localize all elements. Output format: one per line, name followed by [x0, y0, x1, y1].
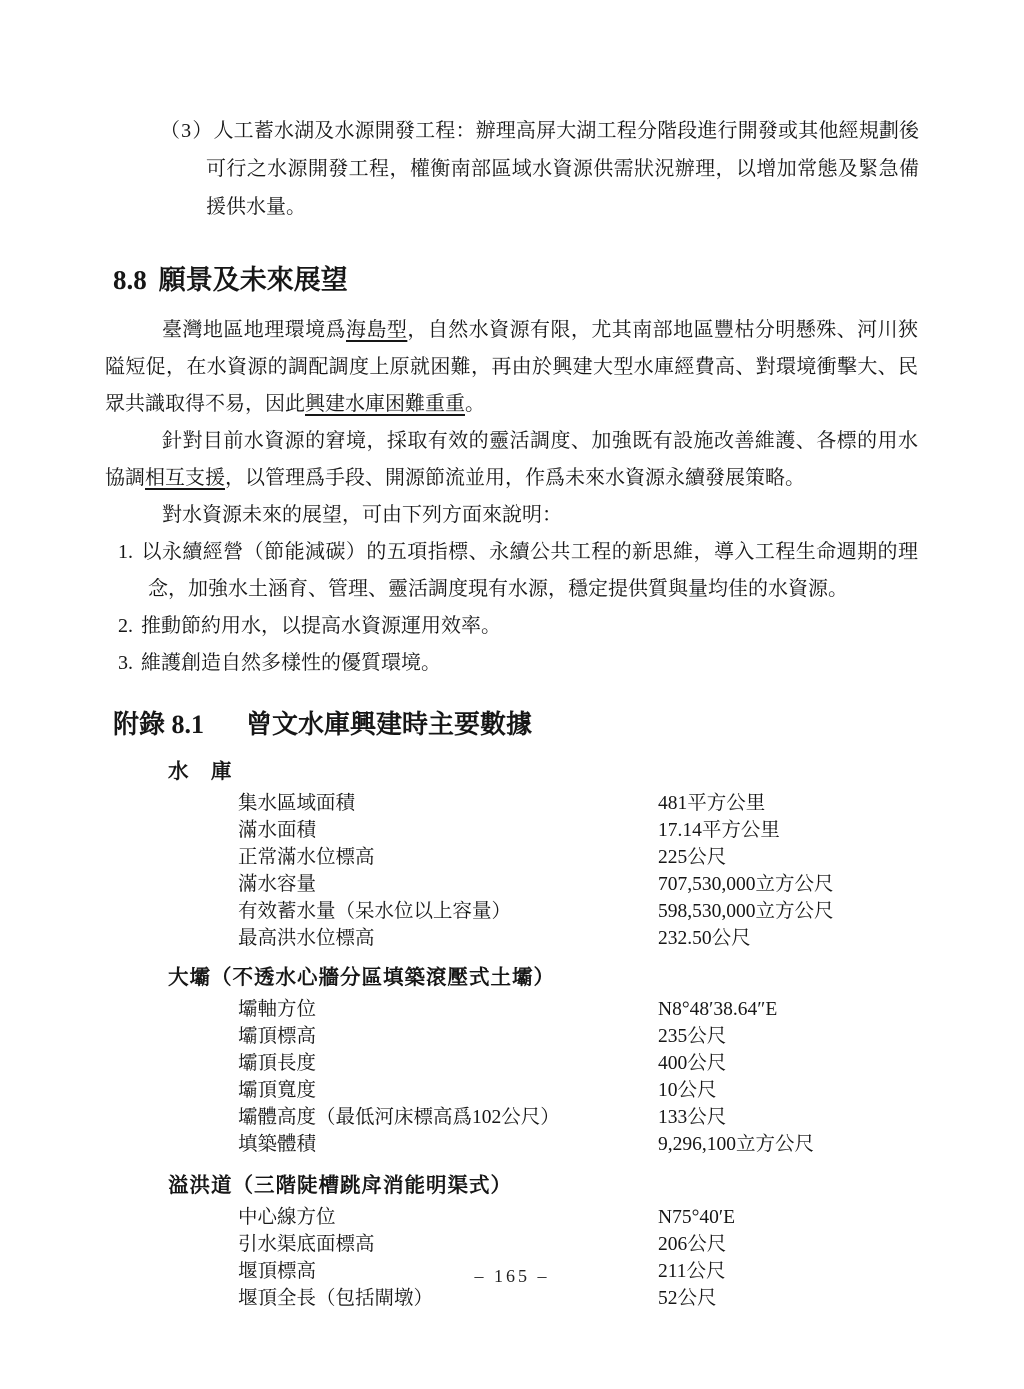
spec-label: 集水區域面積 — [238, 790, 658, 817]
spec-label: 引水渠底面標高 — [238, 1231, 658, 1258]
spec-value: N8°48′38.64″E — [658, 996, 1024, 1023]
spec-label: 有效蓄水量（呆水位以上容量） — [238, 898, 658, 925]
group-title-spillway: 溢洪道（三階陡槽跳戽消能明渠式） — [168, 1172, 1024, 1200]
spec-label: 中心線方位 — [238, 1204, 658, 1231]
spec-row: 壩軸方位N8°48′38.64″E — [168, 996, 1024, 1023]
appendix-title: 曾文水庫興建時主要數據 — [246, 710, 532, 739]
paragraph-1: 臺灣地區地理環境爲海島型，自然水資源有限，尤其南部地區豐枯分明懸殊、河川狹隘短促… — [105, 312, 918, 423]
spec-label: 壩頂標高 — [238, 1023, 658, 1050]
spec-row: 滿水容量707,530,000立方公尺 — [168, 871, 1024, 898]
spec-row: 壩頂寬度10公尺 — [168, 1077, 1024, 1104]
list-item-text: 推動節約用水，以提高水資源運用效率。 — [141, 615, 501, 637]
spec-value: 481平方公里 — [658, 790, 1024, 817]
paragraph-3: 對水資源未來的展望，可由下列方面來說明： — [105, 497, 918, 534]
spec-rows: 集水區域面積481平方公里 滿水面積17.14平方公里 正常滿水位標高225公尺… — [168, 790, 1024, 952]
spec-label: 壩頂寬度 — [238, 1077, 658, 1104]
spec-row: 中心線方位N75°40′E — [168, 1204, 1024, 1231]
item-marker: （3） — [160, 120, 214, 142]
list-item-3-paragraph: （3）人工蓄水湖及水源開發工程：辦理高屏大湖工程分階段進行開發或其他經規劃後可行… — [160, 112, 919, 226]
spec-value: 707,530,000立方公尺 — [658, 871, 1024, 898]
spec-value: 235公尺 — [658, 1023, 1024, 1050]
spec-group-spillway: 溢洪道（三階陡槽跳戽消能明渠式） 中心線方位N75°40′E 引水渠底面標高20… — [168, 1172, 1024, 1312]
spec-label: 正常滿水位標高 — [238, 844, 658, 871]
spec-label: 填築體積 — [238, 1131, 658, 1158]
spec-row: 正常滿水位標高225公尺 — [168, 844, 1024, 871]
paragraph-2: 針對目前水資源的窘境，採取有效的靈活調度、加強既有設施改善維護、各標的用水協調相… — [105, 423, 918, 497]
spec-value: 17.14平方公里 — [658, 817, 1024, 844]
section-heading: 8.8願景及未來展望 — [113, 262, 1024, 298]
appendix-heading: 附錄 8.1曾文水庫興建時主要數據 — [113, 708, 1024, 742]
spec-value: 133公尺 — [658, 1104, 1024, 1131]
list-item-text: 以永續經營（節能減碳）的五項指標、永續公共工程的新思維，導入工程生命週期的理念，… — [141, 541, 918, 600]
spec-row: 壩體高度（最低河床標高爲102公尺）133公尺 — [168, 1104, 1024, 1131]
spec-value: 598,530,000立方公尺 — [658, 898, 1024, 925]
spec-row: 填築體積9,296,100立方公尺 — [168, 1131, 1024, 1158]
spec-label: 堰頂全長（包括閘墩） — [238, 1285, 658, 1312]
spec-label: 壩體高度（最低河床標高爲102公尺） — [238, 1104, 658, 1131]
numbered-list: 1.以永續經營（節能減碳）的五項指標、永續公共工程的新思維，導入工程生命週期的理… — [0, 534, 1024, 682]
group-title-reservoir: 水 庫 — [168, 758, 1024, 786]
spec-group-reservoir: 水 庫 集水區域面積481平方公里 滿水面積17.14平方公里 正常滿水位標高2… — [168, 758, 1024, 952]
spec-label: 最高洪水位標高 — [238, 925, 658, 952]
spec-value: 232.50公尺 — [658, 925, 1024, 952]
spec-label: 滿水容量 — [238, 871, 658, 898]
appendix-label: 附錄 8.1 — [113, 710, 204, 739]
spec-value: 225公尺 — [658, 844, 1024, 871]
underlined-phrase: 相互支援 — [145, 467, 225, 489]
list-item: 2.推動節約用水，以提高水資源運用效率。 — [118, 608, 918, 645]
paragraph-text: ，以管理爲手段、開源節流並用，作爲未來水資源永續發展策略。 — [225, 467, 805, 489]
spec-row: 集水區域面積481平方公里 — [168, 790, 1024, 817]
section-title: 願景及未來展望 — [159, 265, 348, 295]
spec-row: 壩頂標高235公尺 — [168, 1023, 1024, 1050]
spec-value: N75°40′E — [658, 1204, 1024, 1231]
group-title-dam: 大壩（不透水心牆分區填築滾壓式土壩） — [168, 964, 1024, 992]
spec-group-dam: 大壩（不透水心牆分區填築滾壓式土壩） 壩軸方位N8°48′38.64″E 壩頂標… — [168, 964, 1024, 1158]
underlined-phrase: 海島型 — [346, 319, 407, 341]
spec-row: 有效蓄水量（呆水位以上容量）598,530,000立方公尺 — [168, 898, 1024, 925]
spec-label: 壩軸方位 — [238, 996, 658, 1023]
spec-row: 滿水面積17.14平方公里 — [168, 817, 1024, 844]
spec-row: 引水渠底面標高206公尺 — [168, 1231, 1024, 1258]
section-number: 8.8 — [113, 265, 147, 295]
paragraph-text: 臺灣地區地理環境爲 — [162, 319, 346, 341]
document-page: （3）人工蓄水湖及水源開發工程：辦理高屏大湖工程分階段進行開發或其他經規劃後可行… — [0, 0, 1024, 1389]
item-text: 人工蓄水湖及水源開發工程：辦理高屏大湖工程分階段進行開發或其他經規劃後可行之水源… — [206, 120, 919, 218]
spec-rows: 中心線方位N75°40′E 引水渠底面標高206公尺 堰頂標高211公尺 堰頂全… — [168, 1204, 1024, 1312]
page-number: – 165 – — [0, 1266, 1024, 1287]
spec-value: 10公尺 — [658, 1077, 1024, 1104]
spec-rows: 壩軸方位N8°48′38.64″E 壩頂標高235公尺 壩頂長度400公尺 壩頂… — [168, 996, 1024, 1158]
spec-row: 堰頂全長（包括閘墩）52公尺 — [168, 1285, 1024, 1312]
list-item-number: 1. — [118, 541, 133, 563]
list-item-number: 3. — [118, 652, 133, 674]
spec-label: 滿水面積 — [238, 817, 658, 844]
spec-value: 206公尺 — [658, 1231, 1024, 1258]
spec-label: 壩頂長度 — [238, 1050, 658, 1077]
paragraph-text: 。 — [465, 393, 485, 415]
list-item-number: 2. — [118, 615, 133, 637]
spec-row: 壩頂長度400公尺 — [168, 1050, 1024, 1077]
list-item: 1.以永續經營（節能減碳）的五項指標、永續公共工程的新思維，導入工程生命週期的理… — [118, 534, 918, 608]
spec-row: 最高洪水位標高232.50公尺 — [168, 925, 1024, 952]
spec-value: 52公尺 — [658, 1285, 1024, 1312]
list-item: 3.維護創造自然多樣性的優質環境。 — [118, 645, 918, 682]
spec-value: 400公尺 — [658, 1050, 1024, 1077]
spec-value: 9,296,100立方公尺 — [658, 1131, 1024, 1158]
underlined-phrase: 興建水庫困難重重 — [305, 393, 465, 415]
list-item-text: 維護創造自然多樣性的優質環境。 — [141, 652, 441, 674]
